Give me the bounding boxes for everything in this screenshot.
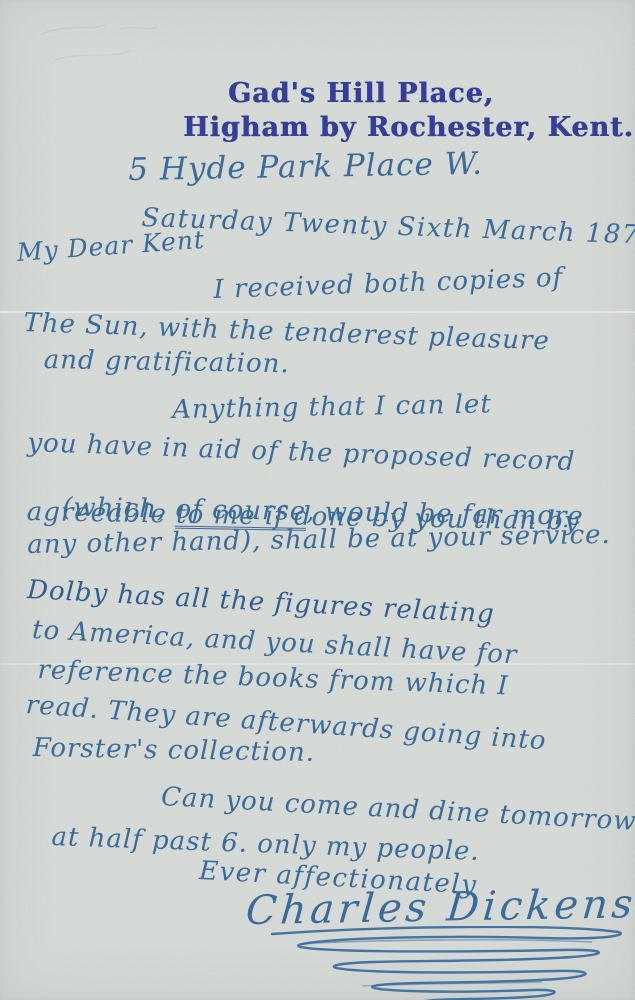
salutation: My Dear Kent [16,225,206,267]
body-line: Forster's collection. [32,733,315,768]
body-line: Anything that I can let [172,389,492,425]
signature: Charles Dickens [244,881,635,934]
date-line: Saturday Twenty Sixth March 1870 [141,203,635,251]
letter-document: Gad's Hill Place, Higham by Rochester, K… [0,0,635,1000]
letterhead-line-1: Gad's Hill Place, [228,78,494,109]
body-line: I received both copies of [213,263,564,305]
faint-pencil-marks [25,15,225,85]
signature-flourish-icon [262,926,632,1000]
letterhead-line-2: Higham by Rochester, Kent. [183,112,634,143]
body-line: and gratification. [43,345,289,379]
address-line: 5 Hyde Park Place W. [128,146,483,188]
